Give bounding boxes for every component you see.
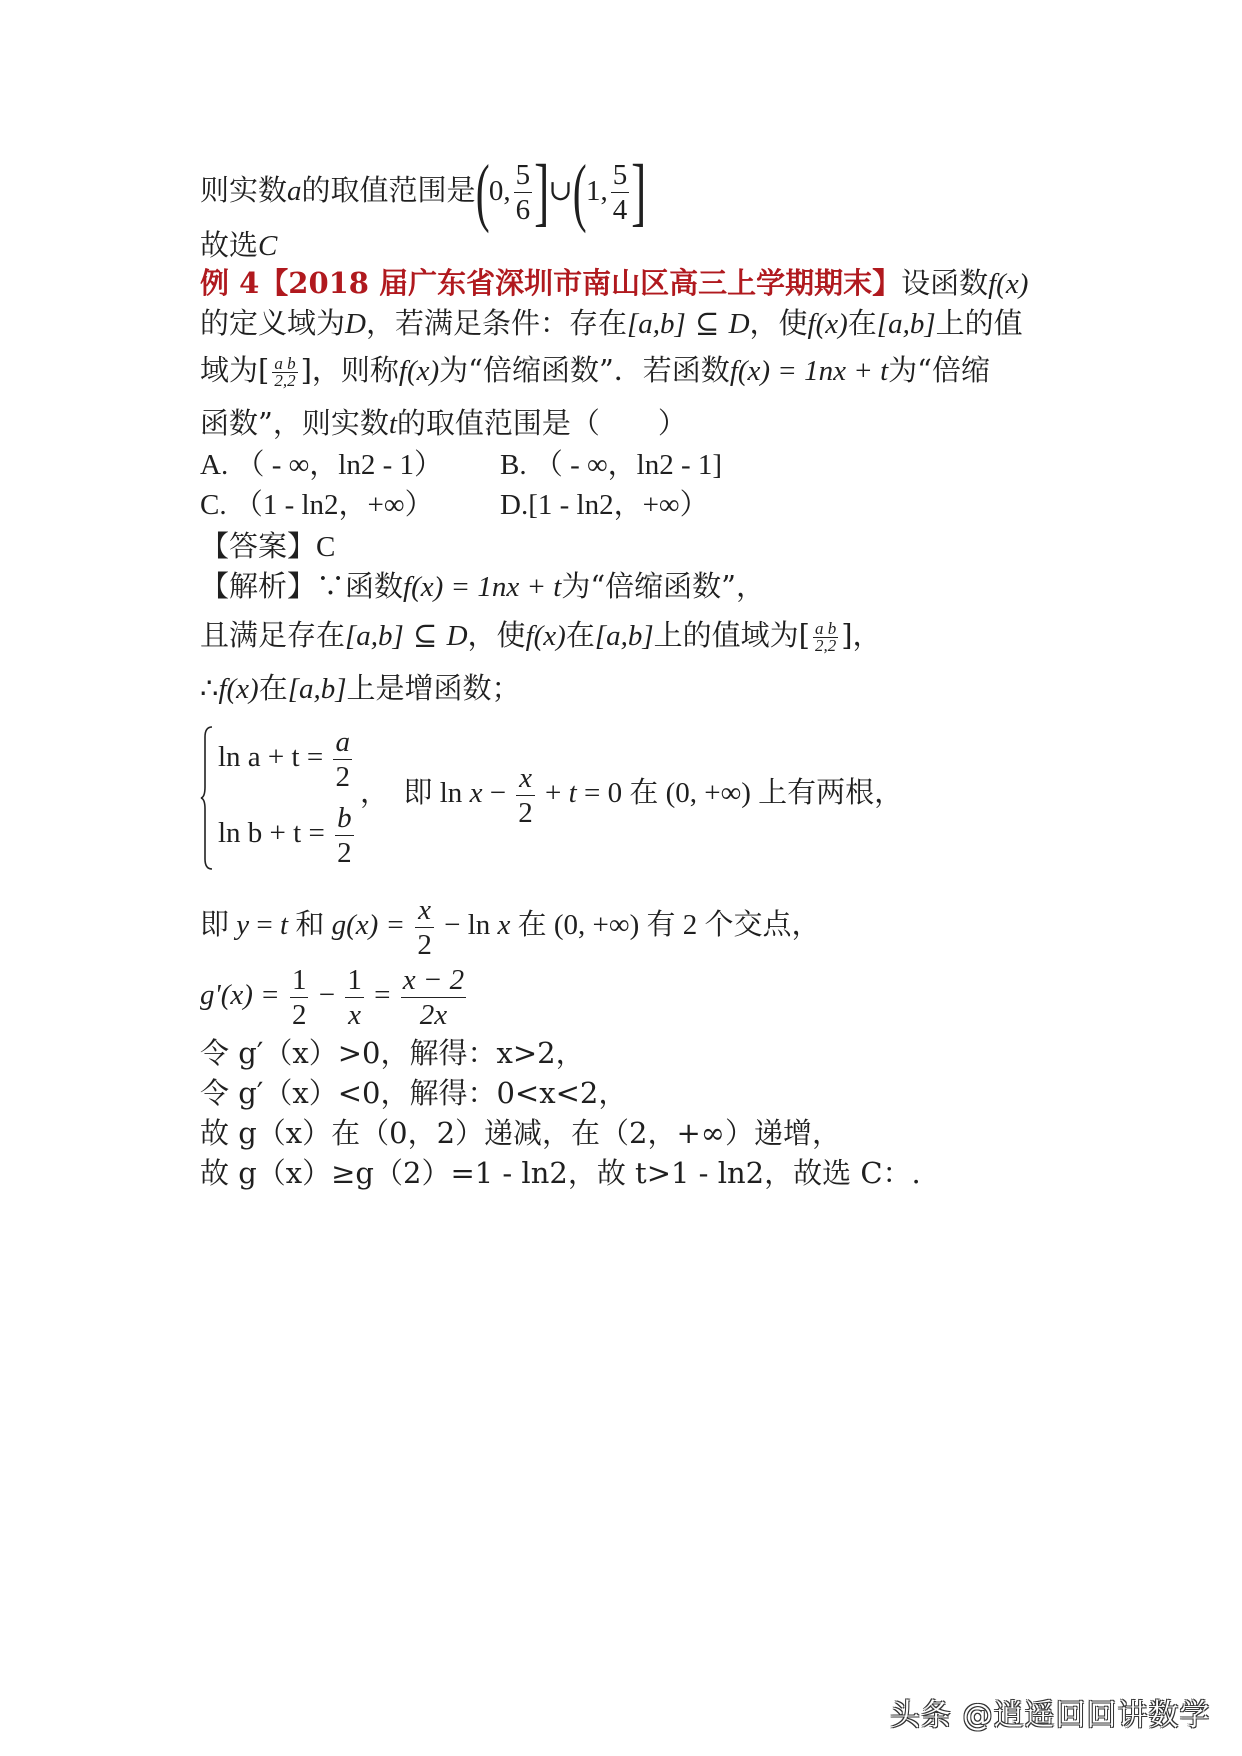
- interval-left: 1,: [586, 175, 608, 207]
- option-c: C. （1 - ln2，+∞）: [200, 485, 434, 525]
- analysis-line-1: 【解析】∵函数f(x) = 1nx + t为“倍缩函数”，: [200, 566, 765, 607]
- answer-label: 【答案】: [200, 529, 316, 563]
- analysis-line-5: 即 y = t 和 g(x) = x2 − ln x 在 (0, +∞) 有 2…: [200, 885, 820, 965]
- analysis-label: 【解析】: [200, 569, 316, 603]
- analysis-line-9: 故 g（x）在（0，2）递减，在（2，+∞）递增，: [200, 1113, 841, 1153]
- right-bracket: ]: [631, 154, 646, 230]
- option-a: A. （ - ∞，ln2 - 1）: [200, 445, 443, 485]
- example-line-2: 的定义域为D，若满足条件：存在[a,b] ⊆ D，使f(x)在[a,b]上的值: [200, 303, 1023, 344]
- math-var: C: [258, 230, 277, 262]
- equation-2: ln b + t = b2: [218, 801, 357, 870]
- answer-value: C: [316, 531, 335, 563]
- therefore-symbol: ∴: [200, 671, 218, 705]
- option-b: B. （ - ∞，ln2 - 1]: [500, 445, 722, 485]
- option-d: D.[1 - ln2，+∞）: [500, 485, 709, 525]
- math-expr: f(x): [988, 268, 1028, 300]
- text: 设函数: [901, 266, 988, 300]
- equation-system: ln a + t = a2 ln b + t = b2 ， 即 ln x − x…: [200, 725, 1080, 875]
- prev-choice-line: 故选C: [200, 225, 277, 266]
- analysis-line-8: 令 g′（x）<0，解得：0<x<2，: [200, 1073, 627, 1113]
- example-heading-line: 例 4【2018 届广东省深圳市南山区高三上学期期末】设函数f(x): [200, 263, 1028, 304]
- because-symbol: ∵: [316, 569, 345, 603]
- equation-1: ln a + t = a2: [218, 725, 355, 794]
- analysis-line-10: 故 g（x）≥g（2）=1 - ln2，故 t>1 - ln2，故选 C：.: [200, 1153, 921, 1193]
- equation-conclusion: ， 即 ln x − x2 + t = 0 在 (0, +∞) 上有两根，: [360, 761, 903, 830]
- text: 故选: [200, 228, 258, 262]
- derivative-line: g'(x) = 12 − 1x = x − 22x: [200, 955, 469, 1035]
- analysis-line-3: ∴f(x)在[a,b]上是增函数；: [200, 668, 521, 709]
- left-brace-icon: [200, 725, 214, 871]
- prev-conclusion-line: 则实数a的取值范围是(0,56]∪(1,54]: [200, 150, 646, 230]
- left-paren: (: [572, 154, 586, 230]
- fraction: 54: [611, 158, 630, 227]
- right-bracket: ]: [534, 154, 549, 230]
- left-paren: (: [475, 154, 489, 230]
- analysis-line-2: 且满足存在[a,b] ⊆ D，使f(x)在[a,b]上的值域为[a b2,2]，: [200, 615, 882, 656]
- text: 的取值范围是: [302, 173, 476, 207]
- union-symbol: ∪: [548, 173, 572, 207]
- example-line-4: 函数”，则实数t的取值范围是（ ）: [200, 403, 687, 444]
- answer-line: 【答案】C: [200, 526, 335, 567]
- math-var: a: [287, 175, 302, 207]
- fraction: 56: [514, 158, 533, 227]
- analysis-line-7: 令 g′（x）>0，解得：x>2，: [200, 1033, 585, 1073]
- text: 则实数: [200, 173, 287, 207]
- example-line-3: 域为[a b2,2]，则称f(x)为“倍缩函数”．若函数f(x) = 1nx +…: [200, 350, 990, 391]
- example-label: 例 4【2018 届广东省深圳市南山区高三上学期期末】: [200, 266, 901, 300]
- interval-left: 0,: [489, 175, 511, 207]
- watermark: 头条 @逍遥回回讲数学: [890, 1690, 1211, 1734]
